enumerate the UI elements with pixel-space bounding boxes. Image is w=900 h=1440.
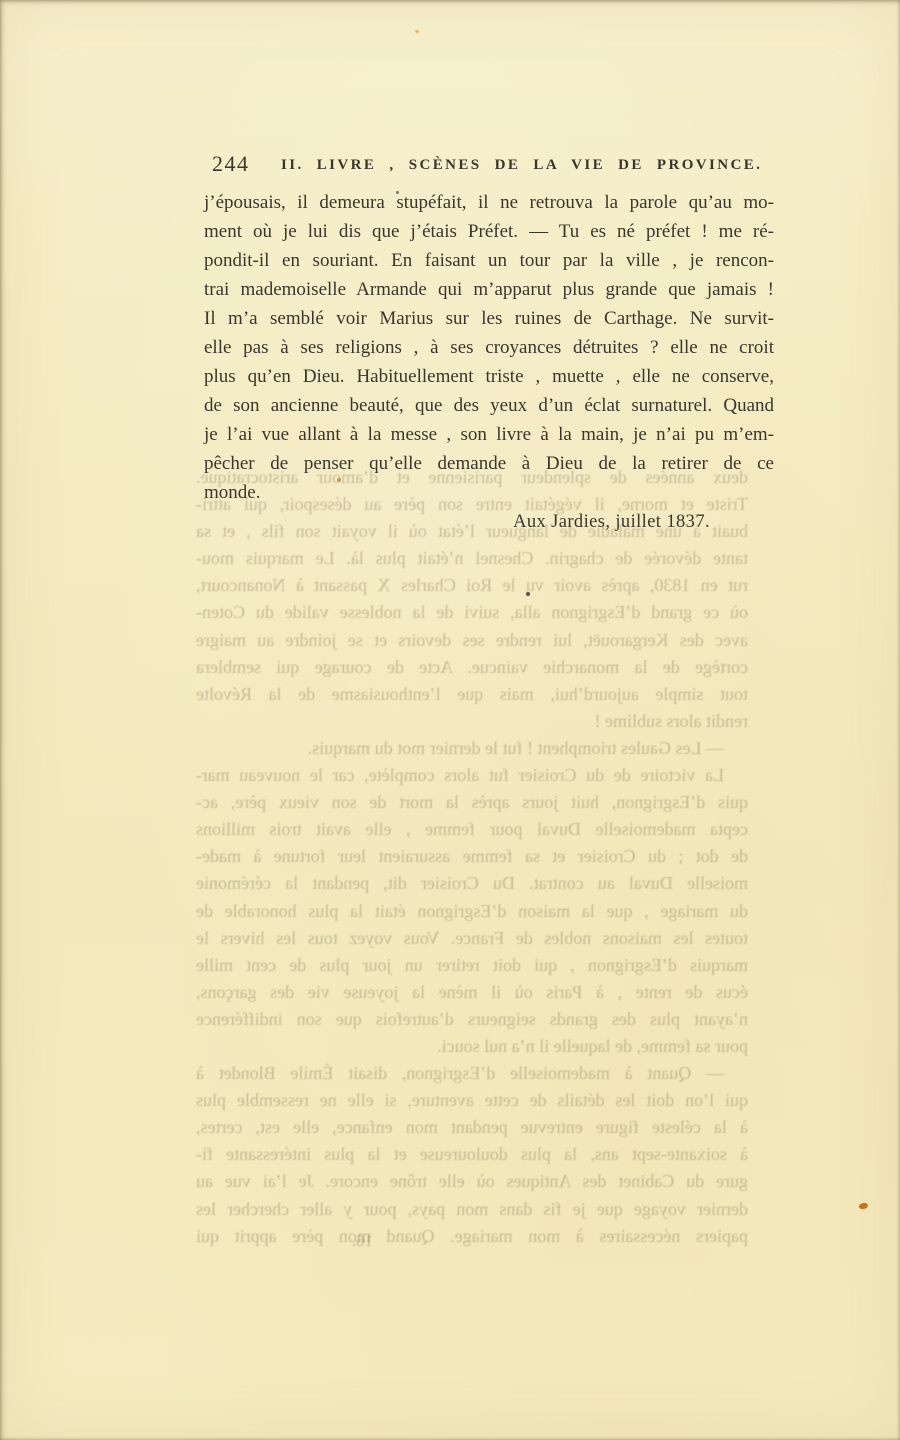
body-text-line: pondit-il en souriant. En faisant un tou… <box>204 246 774 275</box>
bleedthrough-text-line: buait à une maladie de langueur l’état o… <box>196 518 748 545</box>
body-text-line: plus qu’en Dieu. Habituellement triste ,… <box>204 362 774 391</box>
body-text-line: Il m’a semblé voir Marius sur les ruines… <box>204 304 774 333</box>
bleedthrough-text-line: tout simple aujourd’hui, mais que l’enth… <box>196 681 748 708</box>
bleedthrough-text-line: de dot ; du Croisier et sa femme assurai… <box>196 843 748 870</box>
bleedthrough-text-line: avec des Kergarouët, lui rendre ses devo… <box>196 627 748 654</box>
body-text-line: de son ancienne beauté, que des yeux d’u… <box>204 391 774 420</box>
bleedthrough-text-line: cortège de la monarchie vaincue. Acte de… <box>196 654 748 681</box>
bleedthrough-text-line: à la céleste figure entrevue pendant mon… <box>196 1114 748 1141</box>
body-text-line: trai mademoiselle Armande qui m’apparut … <box>204 275 774 304</box>
verso-bleedthrough-text: deux années de splendeur parisienne et d… <box>196 464 748 1250</box>
book-page-scan: 244 II. LIVRE , SCÈNES DE LA VIE DE PROV… <box>0 0 900 1440</box>
bleedthrough-text-line: rut en 1830, après avoir vu le Roi Charl… <box>196 572 748 599</box>
bleedthrough-text-line: moiselle Duval au contrat. Du Croisier d… <box>196 870 748 897</box>
bleedthrough-text-line: pour sa femme, de laquelle il n’a nul so… <box>196 1033 748 1060</box>
body-text-line: j’épousais, il demeura stupéfait, il ne … <box>204 188 774 217</box>
bleedthrough-text-line: tante dévorée de chagrin. Chesnel n’étai… <box>196 545 748 572</box>
bleedthrough-text-line: — Les Gaules triomphent ! fut le dernier… <box>196 735 748 762</box>
bleedthrough-text-line: qui l’on doit les détails de cette avent… <box>196 1087 748 1114</box>
paper-fleck <box>415 30 419 33</box>
bleedthrough-text-line: deux années de splendeur parisienne et d… <box>196 464 748 491</box>
bleedthrough-text-line: — Quant à mademoiselle d’Esgrignon, disa… <box>196 1060 748 1087</box>
bleedthrough-text-line: quis d’Esgrignon, huit jours après la mo… <box>196 789 748 816</box>
bleedthrough-text-line: n’ayant plus des grands seigneurs d’autr… <box>196 1006 748 1033</box>
bleedthrough-text-line: toutes les maisons nobles de France. Vou… <box>196 925 748 952</box>
body-text-line: je l’ai vue allant à la messe , son livr… <box>204 420 774 449</box>
bleedthrough-text-line: écus de rente , à Paris où il mène la jo… <box>196 979 748 1006</box>
page-number: 244 <box>212 151 250 177</box>
bleedthrough-text-line: du mariage , que la maison d’Esgrignon é… <box>196 898 748 925</box>
bleedthrough-text-line: dernier voyage que je fis dans mon pays,… <box>196 1196 748 1223</box>
bleedthrough-text-line: rendit alors sublime ! <box>196 708 748 735</box>
bleedthrough-text-line: papiers nécessaires à mon mariage. Quand… <box>196 1223 748 1250</box>
bleedthrough-text-line: La victoire de du Croisier fut alors com… <box>196 762 748 789</box>
bleedthrough-text-line: Triste et morne, il végétait entre son p… <box>196 491 748 518</box>
body-text-line: ment où je lui dis que j’étais Préfet. —… <box>204 217 774 246</box>
bleedthrough-text-line: à soixante-sept ans, la plus douloureuse… <box>196 1141 748 1168</box>
paper-fleck <box>858 1202 868 1210</box>
bleedthrough-text-line: gure du Cabinet des Antiques où elle trô… <box>196 1168 748 1195</box>
signature-mark-bleedthrough: 16. <box>352 1231 373 1251</box>
running-header-title: II. LIVRE , SCÈNES DE LA VIE DE PROVINCE… <box>281 157 762 174</box>
body-text-line: elle pas à ses religions , à ses croyanc… <box>204 333 774 362</box>
body-paragraph: j’épousais, il demeura stupéfait, il ne … <box>204 188 774 507</box>
bleedthrough-text-line: cepta mademoiselle Duval pour femme , el… <box>196 816 748 843</box>
bleedthrough-text-line: où ce grand d’Esgrignon alla, suivi de l… <box>196 599 748 626</box>
bleedthrough-text-line: marquis d’Esgrignon , qui doit retirer u… <box>196 952 748 979</box>
